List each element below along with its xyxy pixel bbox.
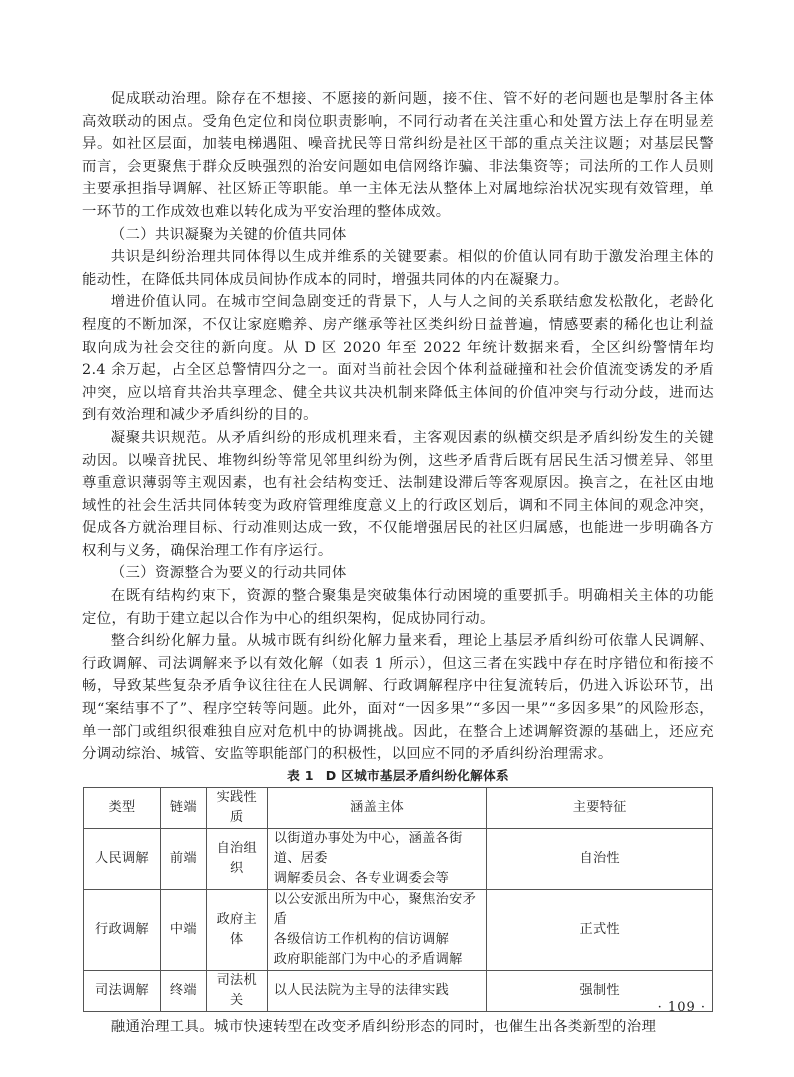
paragraph-consensus: 共识是纠纷治理共同体得以生成并维系的关键要素。相似的价值认同有助于激发治理主体的… <box>82 246 714 291</box>
cell-chain: 中端 <box>160 889 206 970</box>
header-type: 类型 <box>84 787 161 828</box>
cell-subjects: 以公安派出所为中心，聚焦治安矛盾 各级信访工作机构的信访调解 政府职能部门为中心… <box>267 889 487 970</box>
section-heading-3: （三）资源整合为要义的行动共同体 <box>82 562 714 585</box>
header-nature: 实践性质 <box>206 787 267 828</box>
subject-line: 各级信访工作机构的信访调解 <box>274 930 483 950</box>
paragraph-consensus-norms: 凝聚共识规范。从矛盾纠纷的形成机理来看，主客观因素的纵横交织是矛盾纠纷发生的关键… <box>82 427 714 563</box>
paragraph-value-identity: 增进价值认同。在城市空间急剧变迁的背景下，人与人之间的关系联结愈发松散化，老龄化… <box>82 291 714 427</box>
cell-type: 行政调解 <box>84 889 161 970</box>
table-row: 司法调解 终端 司法机关 以人民法院为主导的法律实践 强制性 <box>84 970 713 1011</box>
cell-feature: 自治性 <box>487 828 713 889</box>
table-caption: 表 1D 区城市基层矛盾纠纷化解体系 <box>82 767 714 785</box>
paragraph-dispute-forces: 整合纠纷化解力量。从城市既有纠纷化解力量来看，理论上基层矛盾纠纷可依靠人民调解、… <box>82 630 714 766</box>
header-chain: 链端 <box>160 787 206 828</box>
header-subjects: 涵盖主体 <box>267 787 487 828</box>
table-caption-number: 表 1 <box>287 768 314 783</box>
table-caption-title: D 区城市基层矛盾纠纷化解体系 <box>326 768 509 783</box>
cell-type: 司法调解 <box>84 970 161 1011</box>
cell-nature: 政府主体 <box>206 889 267 970</box>
paragraph-linkage-governance: 促成联动治理。除存在不想接、不愿接的新问题，接不住、管不好的老问题也是掣肘各主体… <box>82 88 714 224</box>
cell-nature: 司法机关 <box>206 970 267 1011</box>
mediation-system-table: 类型 链端 实践性质 涵盖主体 主要特征 人民调解 前端 自治组织 以街道办事处… <box>83 787 713 1012</box>
table-header-row: 类型 链端 实践性质 涵盖主体 主要特征 <box>84 787 713 828</box>
cell-type: 人民调解 <box>84 828 161 889</box>
subject-line: 以人民法院为主导的法律实践 <box>274 981 483 1001</box>
cell-subjects: 以人民法院为主导的法律实践 <box>267 970 487 1011</box>
subject-line: 以街道办事处为中心，涵盖各街道、居委 <box>274 829 483 869</box>
cell-nature: 自治组织 <box>206 828 267 889</box>
cell-chain: 前端 <box>160 828 206 889</box>
subject-line: 调解委员会、各专业调委会等 <box>274 869 483 889</box>
subject-line: 以公安派出所为中心，聚焦治安矛盾 <box>274 890 483 930</box>
paragraph-resource-integration: 在既有结构约束下，资源的整合聚集是突破集体行动困境的重要抓手。明确相关主体的功能… <box>82 585 714 630</box>
paragraph-governance-tools: 融通治理工具。城市快速转型在改变矛盾纠纷形态的同时，也催生出各类新型的治理 <box>82 1016 714 1039</box>
cell-chain: 终端 <box>160 970 206 1011</box>
section-heading-2: （二）共识凝聚为关键的价值共同体 <box>82 224 714 247</box>
cell-feature: 正式性 <box>487 889 713 970</box>
table-row: 人民调解 前端 自治组织 以街道办事处为中心，涵盖各街道、居委 调解委员会、各专… <box>84 828 713 889</box>
page-body: 促成联动治理。除存在不想接、不愿接的新问题，接不住、管不好的老问题也是掣肘各主体… <box>82 88 714 1038</box>
header-feature: 主要特征 <box>487 787 713 828</box>
page-number: · 109 · <box>658 1000 706 1015</box>
cell-subjects: 以街道办事处为中心，涵盖各街道、居委 调解委员会、各专业调委会等 <box>267 828 487 889</box>
subject-line: 政府职能部门为中心的矛盾调解 <box>274 950 483 970</box>
table-row: 行政调解 中端 政府主体 以公安派出所为中心，聚焦治安矛盾 各级信访工作机构的信… <box>84 889 713 970</box>
